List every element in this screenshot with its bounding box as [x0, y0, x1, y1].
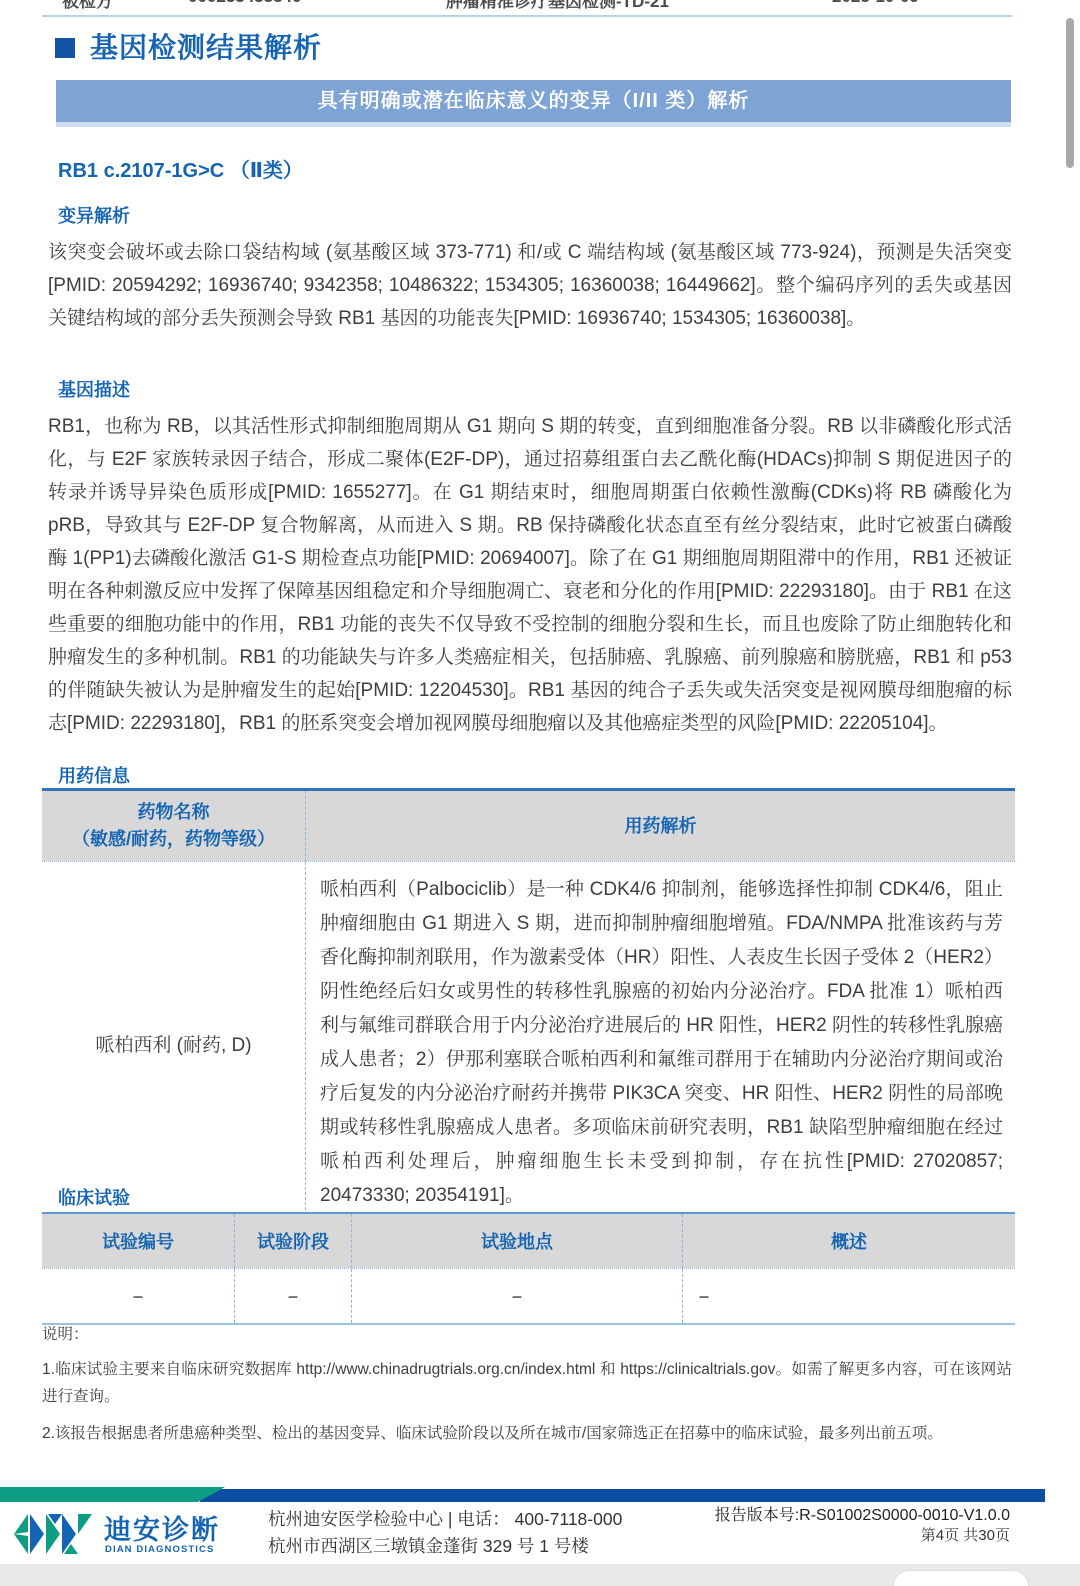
heading-medication-info: 用药信息 — [58, 762, 130, 788]
trials-header-location: 试验地点 — [352, 1214, 683, 1268]
trials-header-id: 试验编号 — [42, 1214, 235, 1268]
trials-header-phase: 试验阶段 — [235, 1214, 352, 1268]
footer-org-line: 杭州迪安医学检验中心 | 电话： 400-7118-000 — [268, 1506, 622, 1533]
variant-name: RB1 c.2107-1G>C （Ⅱ类） — [58, 154, 303, 183]
header-left-label: 被检方 — [62, 0, 113, 11]
report-page: 被检方 000233433340 肿瘤精准诊疗基因检测-TD-21 2023-1… — [0, 0, 1080, 1586]
header-date: 2023-10-09 — [832, 0, 919, 7]
page-title: 基因检测结果解析 — [90, 26, 322, 66]
title-square-bullet-icon — [55, 38, 75, 58]
medication-col2-header: 用药解析 — [306, 791, 1015, 861]
page-number: 第4页 共30页 — [921, 1524, 1010, 1545]
clipped-page-header: 被检方 000233433340 肿瘤精准诊疗基因检测-TD-21 2023-1… — [0, 0, 1080, 11]
trials-cell-location: – — [352, 1269, 683, 1323]
logo-chinese-name: 迪安诊断 — [104, 1508, 220, 1547]
trials-cell-summary: – — [683, 1269, 1015, 1323]
banner-variant-classes: 具有明确或潜在临床意义的变异（I/II 类）解析 — [56, 80, 1011, 127]
medication-table-header: 药物名称 （敏感/耐药，药物等级） 用药解析 — [42, 791, 1015, 861]
notes-heading: 说明： — [42, 1322, 1012, 1344]
medication-table: 药物名称 （敏感/耐药，药物等级） 用药解析 哌柏西利 (耐药, D) 哌柏西利… — [42, 788, 1015, 1228]
logo-english-name: DIAN DIAGNOSTICS — [105, 1544, 214, 1555]
medication-table-row: 哌柏西利 (耐药, D) 哌柏西利（Palbociclib）是一种 CDK4/6… — [42, 861, 1015, 1225]
scrollbar-thumb[interactable] — [1066, 18, 1074, 168]
medication-col1-header: 药物名称 （敏感/耐药，药物等级） — [42, 791, 306, 861]
dian-diagnostics-logo-icon — [12, 1508, 96, 1560]
note-item-2: 2.该报告根据患者所患癌种类型、检出的基因变异、临床试验阶段以及所在城市/国家筛… — [42, 1420, 1012, 1447]
trials-cell-phase: – — [235, 1269, 352, 1323]
heading-clinical-trials: 临床试验 — [58, 1184, 130, 1210]
trials-header-row: 试验编号 试验阶段 试验地点 概述 — [42, 1214, 1015, 1268]
medication-col1-subtitle: （敏感/耐药，药物等级） — [72, 826, 275, 853]
trials-data-row: – – – – — [42, 1268, 1015, 1323]
footer-addr-line: 杭州市西湖区三墩镇金蓬街 329 号 1 号楼 — [268, 1533, 622, 1560]
clinical-trials-table: 试验编号 试验阶段 试验地点 概述 – – – – — [42, 1212, 1015, 1325]
note-item-1: 1.临床试验主要来自临床研究数据库 http://www.chinadrugtr… — [42, 1356, 1012, 1410]
report-version: 报告版本号:R-S01002S0000-0010-V1.0.0 — [715, 1502, 1010, 1525]
footer-blue-bar — [200, 1489, 1045, 1502]
variant-analysis-text: 该突变会破坏或去除口袋结构域 (氨基酸区域 373-771) 和/或 C 端结构… — [48, 236, 1012, 335]
footer-green-bar — [0, 1487, 225, 1502]
notes-section: 说明： 1.临床试验主要来自临床研究数据库 http://www.chinadr… — [42, 1322, 1012, 1457]
header-divider — [42, 15, 1012, 17]
medication-col2-title: 用药解析 — [625, 813, 697, 840]
heading-variant-analysis: 变异解析 — [58, 202, 130, 228]
gene-description-text: RB1，也称为 RB，以其活性形式抑制细胞周期从 G1 期向 S 期的转变，直到… — [48, 410, 1012, 740]
medication-col1-title: 药物名称 — [138, 799, 210, 826]
drug-name-cell: 哌柏西利 (耐药, D) — [42, 862, 306, 1225]
trials-cell-id: – — [42, 1269, 235, 1323]
heading-gene-description: 基因描述 — [58, 376, 130, 402]
drug-analysis-cell: 哌柏西利（Palbociclib）是一种 CDK4/6 抑制剂，能够选择性抑制 … — [306, 862, 1015, 1225]
bottom-floating-button[interactable] — [893, 1570, 1029, 1586]
footer-address-block: 杭州迪安医学检验中心 | 电话： 400-7118-000 杭州市西湖区三墩镇金… — [268, 1506, 622, 1560]
header-report-name: 肿瘤精准诊疗基因检测-TD-21 — [446, 0, 669, 11]
trials-header-summary: 概述 — [683, 1214, 1015, 1268]
header-sample-number: 000233433340 — [188, 0, 301, 7]
